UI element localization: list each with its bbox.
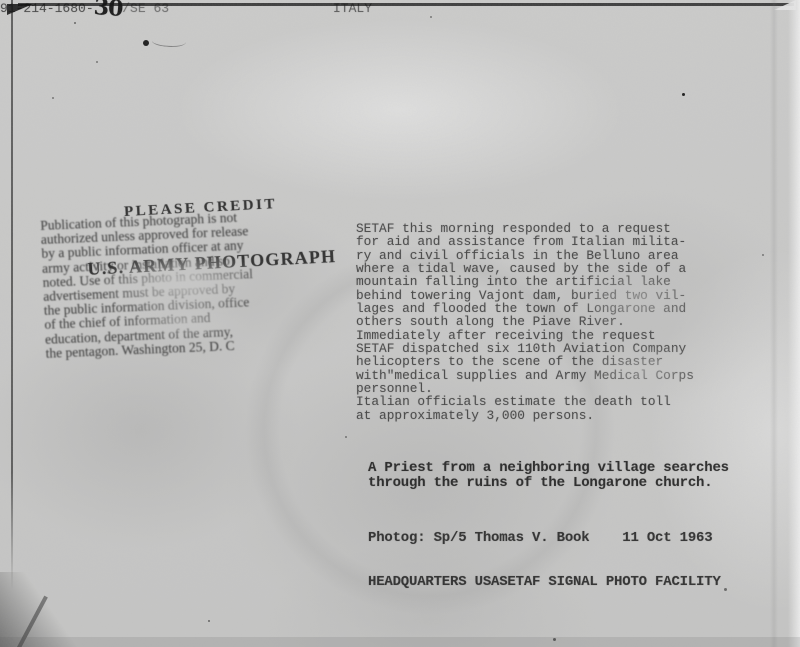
caption-body: SETAF this morning responded to a reques… xyxy=(356,222,694,422)
ink-speck xyxy=(74,22,76,24)
caption-summary: A Priest from a neighboring village sear… xyxy=(368,461,729,491)
ink-speck xyxy=(553,638,556,641)
text-line: Italian officials estimate the death tol… xyxy=(356,395,694,408)
ink-speck xyxy=(52,97,54,99)
text-line: SETAF this morning responded to a reques… xyxy=(356,222,694,235)
ink-speck xyxy=(762,254,764,256)
scan-edge-left xyxy=(11,0,13,590)
photographer-credit: Photog: Sp/5 Thomas V. Book 11 Oct 1963 … xyxy=(368,501,721,619)
text-line: where a tidal wave, caused by the side o… xyxy=(356,262,694,275)
photo-number-suffix: /SE 63 xyxy=(122,1,169,16)
text-line: with"medical supplies and Army Medical C… xyxy=(356,369,694,382)
photo-number-prefix: 91-214-1680- xyxy=(0,1,94,16)
ink-speck xyxy=(96,61,98,63)
text-line: behind towering Vajont dam, buried two v… xyxy=(356,289,694,302)
scan-edge-crease xyxy=(16,596,48,647)
scan-edge-top-right xyxy=(774,0,796,10)
ink-speck xyxy=(682,93,685,96)
text-line: Immediately after receiving the request xyxy=(356,329,694,342)
scratch-mark xyxy=(152,34,187,48)
text-line: personnel. xyxy=(356,382,694,395)
text-line: A Priest from a neighboring village sear… xyxy=(368,461,729,476)
ink-speck xyxy=(430,16,432,18)
ink-speck xyxy=(208,620,210,622)
text-line: at approximately 3,000 persons. xyxy=(356,409,694,422)
text-line: ry and civil officials in the Belluno ar… xyxy=(356,249,694,262)
handwritten-number: 30 xyxy=(93,2,122,14)
paper-seam xyxy=(770,0,778,647)
text-line: mountain falling into the artificial lak… xyxy=(356,275,694,288)
text-line: helicopters to the scene of the disaster xyxy=(356,355,694,368)
text-line: through the ruins of the Longarone churc… xyxy=(368,476,729,491)
scan-edge-bottom xyxy=(0,637,800,647)
unit-line: HEADQUARTERS USASETAF SIGNAL PHOTO FACIL… xyxy=(368,575,721,590)
text-line: for aid and assistance from Italian mili… xyxy=(356,235,694,248)
ink-speck xyxy=(143,40,149,46)
scan-edge-right xyxy=(788,0,800,647)
release-notice-stamp: Publication of this photograph is notaut… xyxy=(40,206,346,360)
text-line: others south along the Piave River. xyxy=(356,315,694,328)
scan-edge-bottom-left xyxy=(0,572,120,647)
text-line: lages and flooded the town of Longarone … xyxy=(356,302,694,315)
text-line: SETAF dispatched six 110th Aviation Comp… xyxy=(356,342,694,355)
photographer-line: Photog: Sp/5 Thomas V. Book 11 Oct 1963 xyxy=(368,531,721,546)
photo-id-line: 91-214-1680-30/SE 63 ITALY xyxy=(0,0,372,16)
photo-back-scan: PLEASE CREDIT U.S. ARMY PHOTOGRAPH Publi… xyxy=(0,0,800,647)
ink-speck xyxy=(345,436,347,438)
country-label: ITALY xyxy=(333,1,372,16)
ink-fade-overlay xyxy=(455,188,585,218)
ink-speck xyxy=(724,588,727,591)
